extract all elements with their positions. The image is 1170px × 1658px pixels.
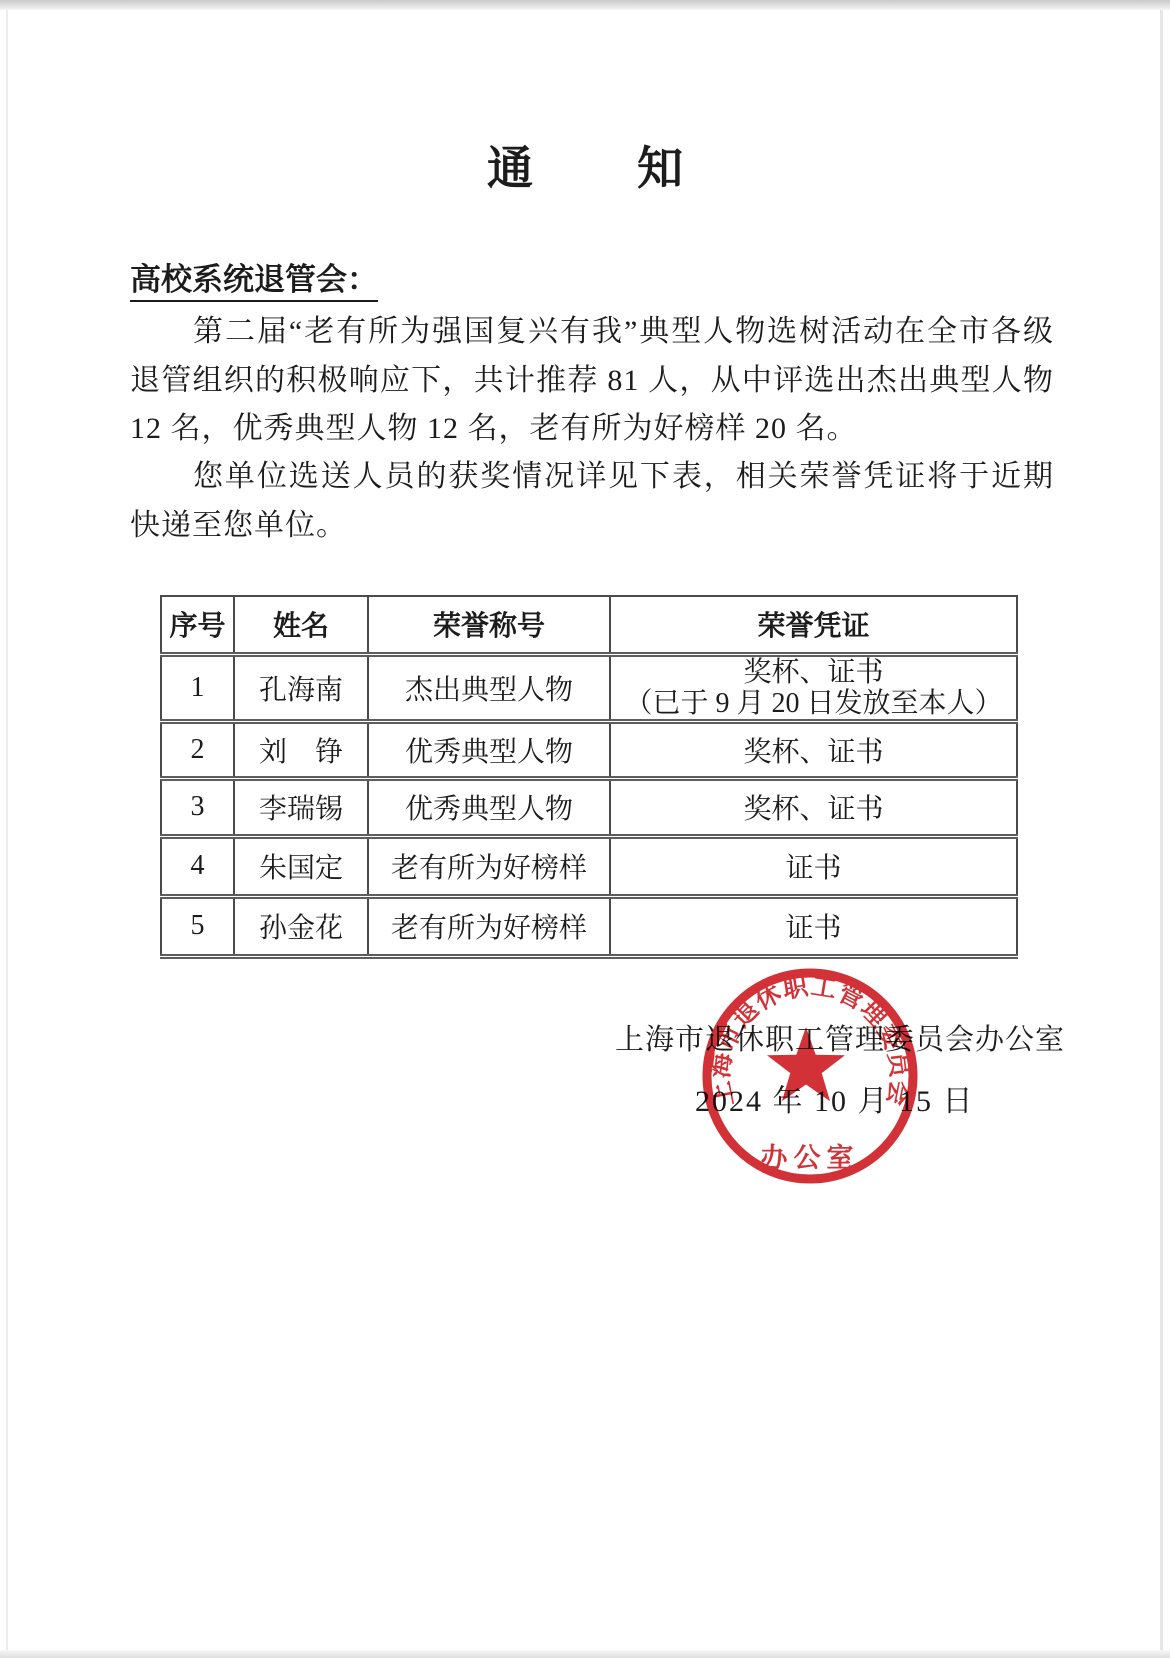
cell-name: 刘 铮 [234, 721, 368, 778]
cell-title: 优秀典型人物 [368, 721, 610, 778]
table-row: 3 李瑞锡 优秀典型人物 奖杯、证书 [161, 778, 1017, 836]
cell-no: 2 [161, 721, 234, 778]
table-row: 1 孔海南 杰出典型人物 奖杯、证书 （已于 9 月 20 日发放至本人） [161, 654, 1017, 721]
cell-cert: 证书 [610, 896, 1017, 956]
notice-document: 通知 高校系统退管会： 第二届“老有所为强国复兴有我”典型人物选树活动在全市各级… [0, 0, 1170, 1658]
cell-cert: 证书 [610, 836, 1017, 896]
page-edge-left [6, 10, 8, 1650]
awards-table: 序号 姓名 荣誉称号 荣誉凭证 1 孔海南 杰出典型人物 奖杯、证书 （已于 9… [160, 595, 1018, 959]
cell-name: 孙金花 [234, 896, 368, 956]
cell-name: 孔海南 [234, 654, 368, 721]
page-edge-top [0, 0, 1170, 10]
cell-name: 李瑞锡 [234, 778, 368, 836]
page-title: 通知 [0, 138, 1170, 200]
cell-title: 老有所为好榜样 [368, 896, 610, 956]
cell-title: 优秀典型人物 [368, 778, 610, 836]
cell-cert: 奖杯、证书 （已于 9 月 20 日发放至本人） [610, 654, 1017, 721]
cell-cert: 奖杯、证书 [610, 778, 1017, 836]
paragraph-1: 第二届“老有所为强国复兴有我”典型人物选树活动在全市各级退管组织的积极响应下，共… [130, 308, 1054, 454]
table-row: 5 孙金花 老有所为好榜样 证书 [161, 896, 1017, 956]
page-edge-bottom [0, 1650, 1170, 1658]
col-header-name: 姓名 [234, 596, 368, 654]
table-header-row: 序号 姓名 荣誉称号 荣誉凭证 [161, 596, 1017, 654]
seal-bottom-text: 办公室 [761, 1143, 860, 1173]
table-row: 4 朱国定 老有所为好榜样 证书 [161, 836, 1017, 896]
table-row: 2 刘 铮 优秀典型人物 奖杯、证书 [161, 721, 1017, 778]
page-edge-right [1160, 10, 1163, 1650]
addressee: 高校系统退管会： [130, 262, 378, 302]
cell-no: 4 [161, 836, 234, 896]
seal-graphic: 上海市退休职工管理委员会 办公室 [694, 960, 926, 1192]
official-seal: 上海市退休职工管理委员会 办公室 [694, 960, 926, 1192]
star-icon [767, 1027, 845, 1101]
cell-no: 1 [161, 654, 234, 721]
cert-note: （已于 9 月 20 日发放至本人） [611, 688, 1016, 719]
cell-cert: 奖杯、证书 [610, 721, 1017, 778]
col-header-cert: 荣誉凭证 [610, 596, 1017, 654]
cell-title: 老有所为好榜样 [368, 836, 610, 896]
cell-title: 杰出典型人物 [368, 654, 610, 721]
cell-no: 3 [161, 778, 234, 836]
cell-name: 朱国定 [234, 836, 368, 896]
col-header-index: 序号 [161, 596, 234, 654]
paragraph-2: 您单位选送人员的获奖情况详见下表，相关荣誉凭证将于近期快递至您单位。 [130, 453, 1054, 550]
cell-no: 5 [161, 896, 234, 956]
cert-line: 奖杯、证书 [611, 657, 1016, 688]
col-header-title: 荣誉称号 [368, 596, 610, 654]
